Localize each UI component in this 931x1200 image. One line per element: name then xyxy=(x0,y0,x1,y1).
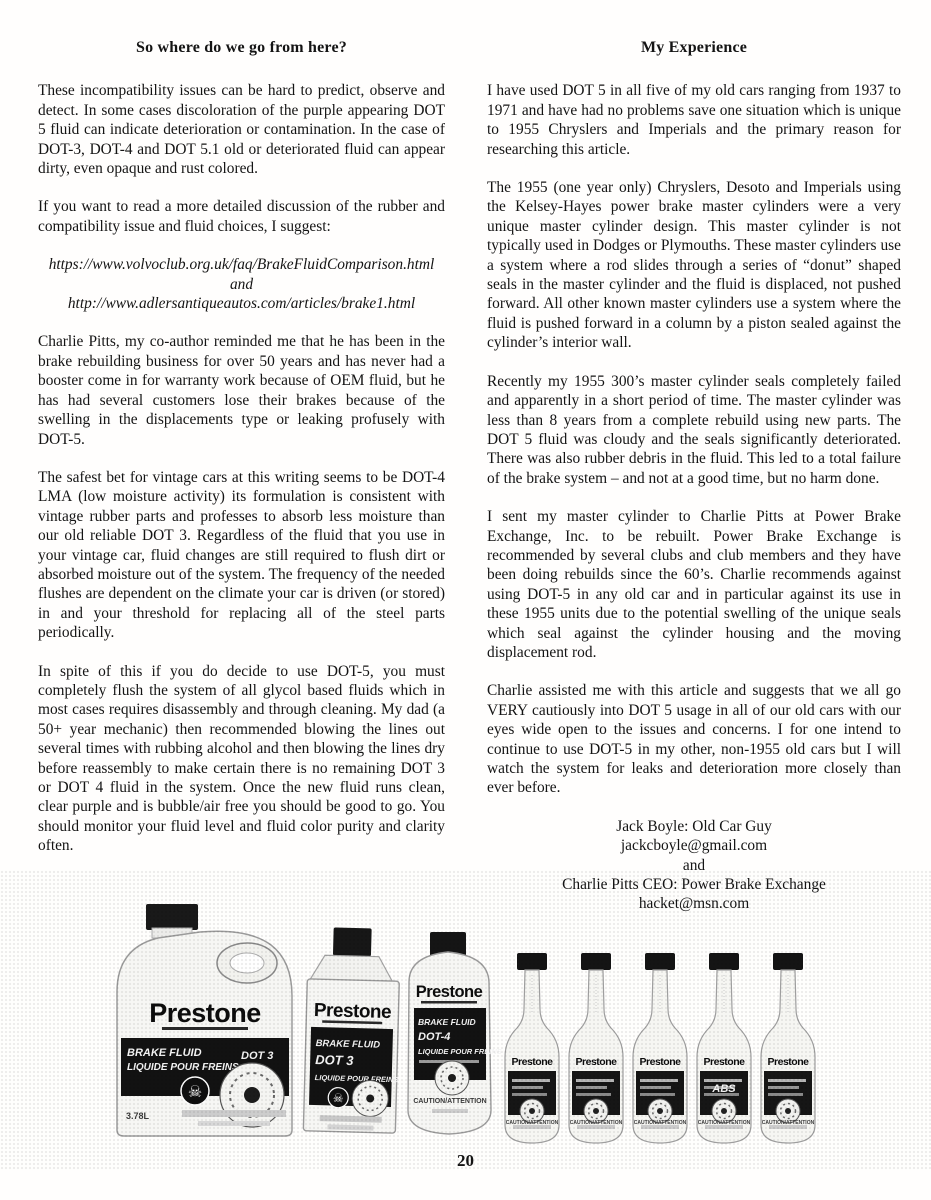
right-column-heading: My Experience xyxy=(487,38,901,57)
author-email-1: jackcboyle@gmail.com xyxy=(487,836,901,855)
paragraph: The 1955 (one year only) Chryslers, Deso… xyxy=(487,178,901,353)
right-column: My Experience I have used DOT 5 in all f… xyxy=(487,38,901,914)
small-bottle-3: Prestone CAUTION/ATTENTION xyxy=(633,953,687,1143)
prestone-logo: Prestone xyxy=(768,1056,810,1068)
jug-dot3-bottle: Prestone BRAKE FLUID LIQUIDE POUR FREINS… xyxy=(117,904,292,1136)
prestone-logo: Prestone xyxy=(149,998,261,1028)
caution-text: CAUTION/ATTENTION xyxy=(570,1120,623,1126)
link-conjunction: and xyxy=(38,275,445,294)
page-number: 20 xyxy=(0,1151,931,1171)
bottle3-caution-text: CAUTION/ATTENTION xyxy=(413,1098,486,1105)
jug-label-line2: LIQUIDE POUR FREINS xyxy=(127,1062,239,1073)
prestone-logo: Prestone xyxy=(704,1056,746,1068)
left-column-heading: So where do we go from here? xyxy=(38,38,445,57)
prestone-bottles-photo: Prestone BRAKE FLUID LIQUIDE POUR FREINS… xyxy=(0,870,931,1170)
bottle2-label-line1: BRAKE FLUID xyxy=(315,1038,380,1051)
small-bottle-2: Prestone CAUTION/ATTENTION xyxy=(569,953,623,1143)
link-volvoclub-url: https://www.volvoclub.org.uk/faq/BrakeFl… xyxy=(38,255,445,274)
paragraph: Charlie Pitts, my co-author reminded me … xyxy=(38,332,445,448)
jug-cap xyxy=(146,904,198,930)
bottle2-dot-rating: DOT 3 xyxy=(315,1052,354,1068)
paragraph: Recently my 1955 300’s master cylinder s… xyxy=(487,372,901,488)
bottle2-cap xyxy=(333,927,372,956)
skull-icon-glyph: ☠ xyxy=(188,1084,202,1101)
caution-text: CAUTION/ATTENTION xyxy=(698,1120,751,1126)
dot3-quart-bottle: Prestone BRAKE FLUID DOT 3 LIQUIDE POUR … xyxy=(303,927,402,1133)
paragraph: These incompatibility issues can be hard… xyxy=(38,81,445,178)
bottle3-label-line1: BRAKE FLUID xyxy=(418,1017,476,1027)
article-columns: So where do we go from here? These incom… xyxy=(38,38,901,914)
left-column: So where do we go from here? These incom… xyxy=(38,38,445,914)
skull-icon-glyph: ☠ xyxy=(333,1091,344,1105)
bottles-illustration: Prestone BRAKE FLUID LIQUIDE POUR FREINS… xyxy=(0,870,931,1170)
jug-dot-rating: DOT 3 xyxy=(241,1050,273,1062)
prestone-logo: Prestone xyxy=(416,983,483,1001)
paragraph: If you want to read a more detailed disc… xyxy=(38,197,445,236)
paragraph: I have used DOT 5 in all five of my old … xyxy=(487,81,901,159)
paragraph: I sent my master cylinder to Charlie Pit… xyxy=(487,507,901,662)
prestone-logo: Prestone xyxy=(314,1000,392,1023)
abs-label: ABS xyxy=(711,1083,736,1095)
bottle3-label-line2: LIQUIDE POUR FREINS xyxy=(418,1047,502,1056)
paragraph: In spite of this if you do decide to use… xyxy=(38,662,445,856)
caution-text: CAUTION/ATTENTION xyxy=(634,1120,687,1126)
caution-text: CAUTION/ATTENTION xyxy=(506,1120,559,1126)
dot4-bottle: Prestone BRAKE FLUID DOT-4 LIQUIDE POUR … xyxy=(408,932,502,1134)
jug-label-line1: BRAKE FLUID xyxy=(127,1047,202,1059)
prestone-logo: Prestone xyxy=(576,1056,618,1068)
small-bottle-abs: Prestone ABS CAUTION/ATTENTION xyxy=(697,953,751,1143)
author-name-1: Jack Boyle: Old Car Guy xyxy=(487,817,901,836)
bottle3-dot-rating: DOT-4 xyxy=(418,1031,450,1043)
small-bottle-1: Prestone CAUTION/ATTENTION xyxy=(505,953,559,1143)
reference-links: https://www.volvoclub.org.uk/faq/BrakeFl… xyxy=(38,255,445,313)
small-bottle-5: Prestone CAUTION/ATTENTION xyxy=(761,953,815,1143)
prestone-logo: Prestone xyxy=(640,1056,682,1068)
paragraph: The safest bet for vintage cars at this … xyxy=(38,468,445,643)
jug-size-label: 3.78L xyxy=(126,1111,150,1121)
caution-text: CAUTION/ATTENTION xyxy=(762,1120,815,1126)
document-page: So where do we go from here? These incom… xyxy=(0,0,931,1200)
link-adlersantiqueautos-url: http://www.adlersantiqueautos.com/articl… xyxy=(38,294,445,313)
paragraph: Charlie assisted me with this article an… xyxy=(487,681,901,797)
prestone-logo: Prestone xyxy=(512,1056,554,1068)
